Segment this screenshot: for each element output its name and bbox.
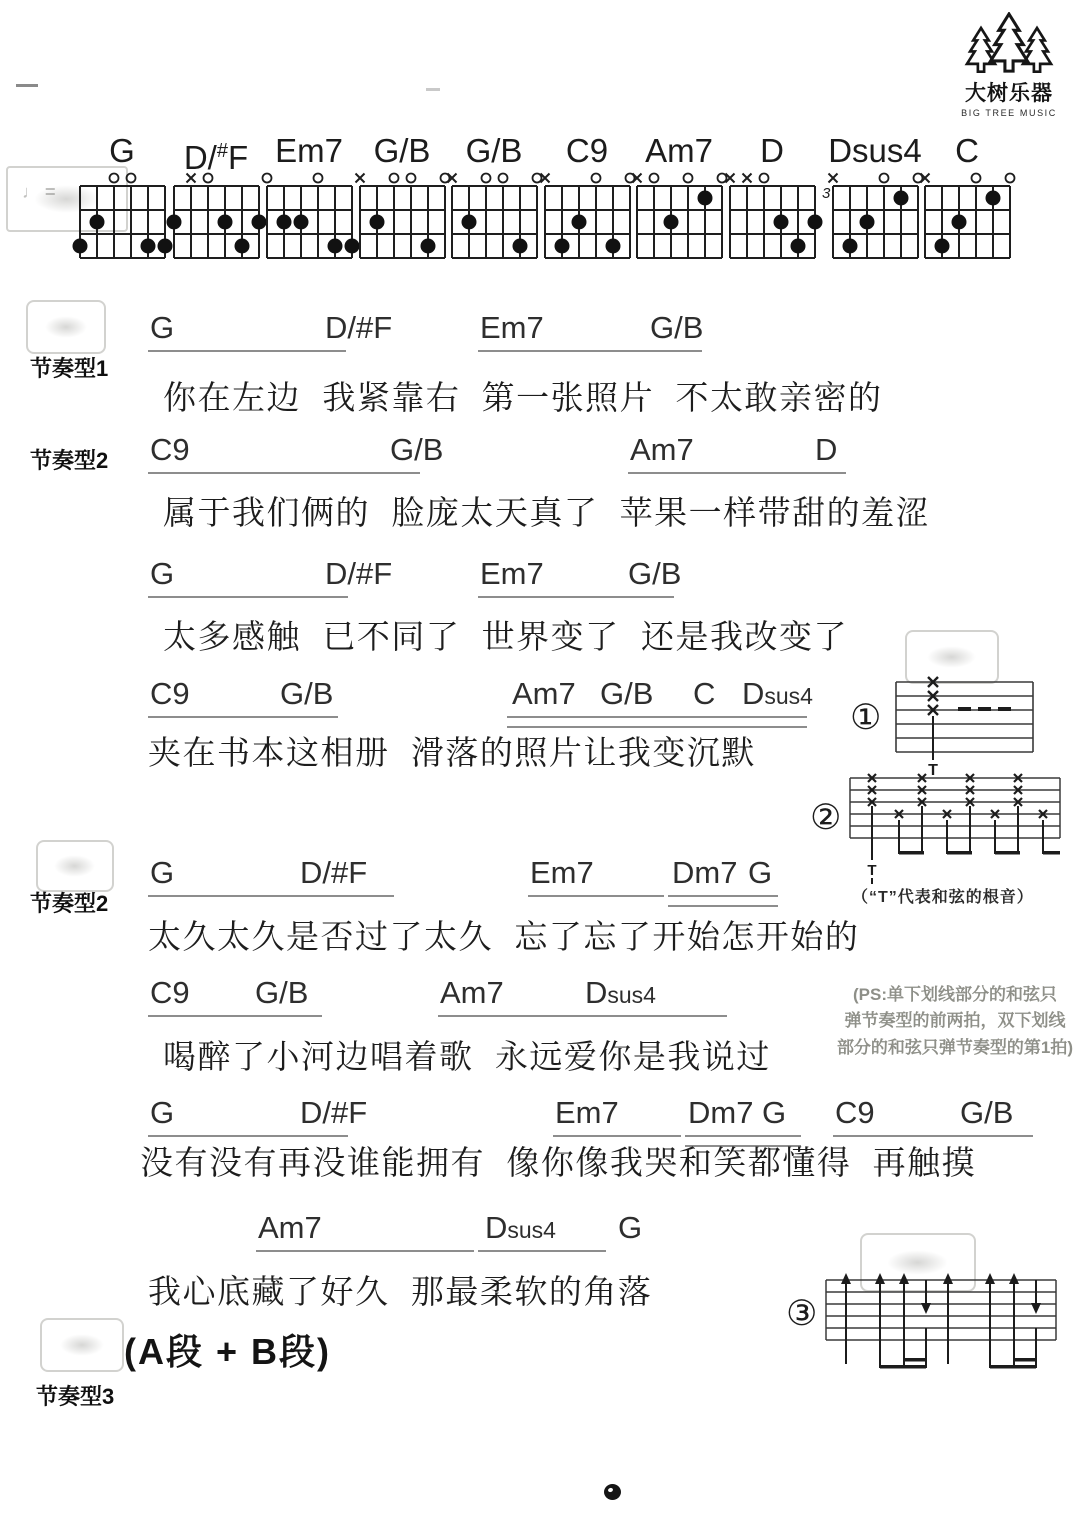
chord-name: G — [762, 1095, 786, 1131]
lyric-line: 喝醉了小河边唱着歌 永远爱你是我说过 — [163, 1031, 771, 1078]
faded-stamp — [36, 840, 114, 892]
beam — [990, 1365, 1036, 1369]
chord-name: Em7 — [480, 556, 544, 592]
chord-underline-single — [628, 472, 846, 474]
chord-underline-double — [668, 895, 778, 907]
faded-stamp — [26, 300, 106, 354]
chord-name: C9 — [835, 1095, 875, 1131]
rest-dashes — [958, 707, 1011, 711]
chord-name: D/#F — [300, 1095, 367, 1131]
chord-underline-single — [148, 716, 338, 718]
chord-name: Em7 — [555, 1095, 619, 1131]
chord-name: D — [815, 432, 837, 468]
chord-name: G/B — [628, 556, 681, 592]
pattern-label: 节奏型2 — [30, 444, 108, 475]
chord-underline-single — [148, 1015, 322, 1017]
notation-number-2: ② — [810, 798, 841, 838]
lyric-line: 太多感触 已不同了 世界变了 还是我改变了 — [163, 611, 848, 658]
mute-x-marks — [868, 774, 1047, 818]
chord-diagram-name: D — [716, 130, 828, 170]
root-t-symbol: T — [867, 862, 876, 879]
base-fret-label: 3 — [822, 185, 831, 202]
chord-name: Dm7 — [688, 1095, 753, 1131]
fretboard-grid — [716, 170, 828, 270]
chord-name: G — [748, 855, 772, 891]
chord-name: G/B — [960, 1095, 1013, 1131]
chord-name: Am7 — [512, 676, 576, 712]
rhythm-notation-2: T — [842, 772, 1067, 884]
chord-name: G/B — [600, 676, 653, 712]
chord-name: G — [150, 556, 174, 592]
chord-underline-single — [148, 596, 348, 598]
chord-name: C — [693, 676, 715, 712]
logo-subtitle: BIG TREE MUSIC — [950, 108, 1068, 118]
chord-name: G/B — [650, 310, 703, 346]
pattern-label: 节奏型1 — [30, 352, 108, 383]
chord-name: Em7 — [480, 310, 544, 346]
lyric-line: 没有没有再没谁能拥有 像你像我哭和笑都懂得 再触摸 — [140, 1137, 976, 1184]
chord-diagram-name: C — [911, 130, 1023, 170]
tempo-hint: ♩ = — [22, 182, 56, 203]
beam — [880, 1365, 926, 1369]
chord-name: Am7 — [258, 1210, 322, 1246]
scan-mark — [426, 88, 440, 91]
chord-name: G/B — [255, 975, 308, 1011]
beam — [904, 1358, 926, 1362]
chord-underline-single — [478, 1250, 606, 1252]
chord-name: Dsus4 — [485, 1210, 556, 1246]
chord-name: G/B — [390, 432, 443, 468]
rhythm-notation-3 — [818, 1272, 1063, 1372]
ps-note-line: 弹节奏型的前两拍，双下划线 — [830, 1008, 1080, 1034]
notation-number-3: ③ — [786, 1294, 817, 1334]
beam — [1014, 1358, 1036, 1362]
chord-underline-single — [478, 596, 674, 598]
chord-name: Am7 — [630, 432, 694, 468]
section-footer: (A段 + B段) — [124, 1324, 331, 1375]
chord-name: Am7 — [440, 975, 504, 1011]
pine-trees-icon — [957, 12, 1061, 74]
chord-name: Dsus4 — [742, 676, 813, 712]
lyric-line: 属于我们俩的 脸庞太天真了 苹果一样带甜的羞涩 — [163, 487, 930, 534]
chord-name: D/#F — [325, 556, 392, 592]
chord-name: D/#F — [325, 310, 392, 346]
chord-name: G — [618, 1210, 642, 1246]
lyric-line: 你在左边 我紧靠右 第一张照片 不太敢亲密的 — [163, 372, 883, 419]
chord-name: D/#F — [300, 855, 367, 891]
chord-underline-single — [478, 350, 702, 352]
fretboard-grid — [911, 170, 1023, 270]
ps-note-line: 部分的和弦只弹节奏型的第1拍) — [830, 1035, 1080, 1061]
chord-underline-single — [148, 350, 346, 352]
chord-name: Dsus4 — [585, 975, 656, 1011]
pattern-label-3: 节奏型3 — [36, 1380, 114, 1411]
chord-underline-single — [438, 1015, 598, 1017]
chord-name: G — [150, 855, 174, 891]
chord-diagram-d: D — [716, 130, 828, 275]
ps-note-line: (PS:单下划线部分的和弦只 — [830, 982, 1080, 1008]
chord-name: Dm7 — [672, 855, 737, 891]
pattern-label: 节奏型2 — [30, 887, 108, 918]
faded-stamp — [40, 1318, 124, 1372]
lyric-line: 夹在书本这相册 滑落的照片让我变沉默 — [148, 727, 756, 774]
chord-underline-single — [528, 895, 664, 897]
ps-note: (PS:单下划线部分的和弦只 弹节奏型的前两拍，双下划线 部分的和弦只弹节奏型的… — [830, 982, 1080, 1061]
notation-number-1: ① — [850, 698, 881, 738]
rhythm-notation-1: T — [888, 676, 1038, 776]
lyric-line: 我心底藏了好久 那最柔软的角落 — [148, 1266, 652, 1313]
chord-name: G/B — [280, 676, 333, 712]
chord-name: G — [150, 1095, 174, 1131]
notation-caption: （“T”代表和弦的根音） — [852, 884, 1034, 907]
logo: 大树乐器 BIG TREE MUSIC — [950, 12, 1068, 118]
chord-name: C9 — [150, 975, 190, 1011]
chord-name: C9 — [150, 676, 190, 712]
chord-sheet-page: 大树乐器 BIG TREE MUSIC ♩ = GD/#FEm7G/BG/BC9… — [0, 0, 1080, 1527]
chord-underline-single — [256, 1250, 474, 1252]
page-dot — [604, 1484, 621, 1500]
chord-name: G — [150, 310, 174, 346]
chord-name: Em7 — [530, 855, 594, 891]
chord-underline-single — [148, 472, 420, 474]
logo-title: 大树乐器 — [950, 77, 1068, 107]
chord-diagram-c: C — [911, 130, 1023, 275]
chord-underline-single — [148, 895, 394, 897]
lyric-line: 太久太久是否过了太久 忘了忘了开始怎开始的 — [148, 911, 859, 958]
scan-mark — [16, 84, 38, 87]
beams — [899, 851, 1060, 855]
chord-underline-single — [575, 1015, 727, 1017]
chord-name: C9 — [150, 432, 190, 468]
